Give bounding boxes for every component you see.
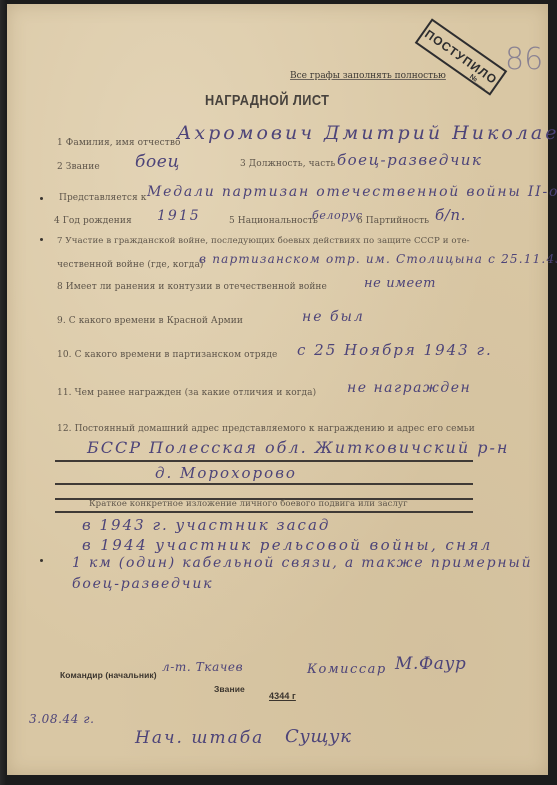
archive-page-number: 86 bbox=[505, 42, 543, 77]
field-1-label: 1 Фамилия, имя отчество bbox=[57, 138, 181, 148]
commissar-text: Комиссар bbox=[307, 662, 387, 677]
field-11-value: не награжден bbox=[347, 380, 471, 396]
margin-dot bbox=[40, 197, 43, 200]
chief-of-staff-text: Нач. штаба bbox=[135, 728, 264, 748]
field-3-value: боец-разведчик bbox=[337, 151, 482, 169]
field-7-value: в партизанском отр. им. Столицына с 25.1… bbox=[199, 252, 557, 266]
address-line-1 bbox=[55, 460, 473, 462]
field-10-value: с 25 Ноября 1943 г. bbox=[297, 341, 493, 359]
field-1-value: Ахромович Дмитрий Николаевич bbox=[177, 122, 557, 144]
field-4-label: 4 Год рождения bbox=[54, 216, 132, 226]
chief-of-staff-signature: Сущук bbox=[285, 726, 351, 747]
field-10-label: 10. С какого времени в партизанском отря… bbox=[57, 350, 277, 360]
field-4-value: 1915 bbox=[157, 208, 201, 224]
summary-line-1: в 1943 г. участник засад bbox=[82, 516, 330, 534]
field-5-label: 5 Национальность bbox=[229, 216, 318, 226]
commander-name: л-т. Ткачев bbox=[162, 660, 243, 674]
field-6-value: б/п. bbox=[435, 206, 466, 224]
presented-label: Представляется к bbox=[59, 193, 146, 203]
summary-line-2: в 1944 участник рельсовой войны, снял bbox=[82, 536, 493, 554]
margin-dot bbox=[40, 238, 43, 241]
stamp-code: 4344 г bbox=[269, 691, 296, 701]
field-9-label: 9. С какого времени в Красной Армии bbox=[57, 316, 243, 326]
field-11-label: 11. Чем ранее награжден (за какие отличи… bbox=[57, 388, 316, 398]
field-8-label: 8 Имеет ли ранения и контузии в отечеств… bbox=[57, 282, 327, 292]
commissar-signature: М.Фаур bbox=[395, 654, 466, 674]
field-12-label: 12. Постоянный домашний адрес представля… bbox=[57, 424, 475, 434]
commander-label: Командир (начальник) bbox=[60, 670, 157, 680]
field-8-value: не имеет bbox=[364, 276, 436, 291]
field-2-value: боец bbox=[135, 152, 180, 172]
award-sheet: ПОСТУПИЛО №___ 86 Все графы заполнять по… bbox=[7, 4, 548, 775]
fill-instruction: Все графы заполнять полностью bbox=[290, 71, 446, 81]
scan-frame: ПОСТУПИЛО №___ 86 Все графы заполнять по… bbox=[0, 0, 557, 785]
received-stamp: ПОСТУПИЛО №___ bbox=[415, 18, 508, 95]
field-7-label-line1: 7 Участие в гражданской войне, последующ… bbox=[57, 236, 470, 246]
field-12-value-line1: БССР Полесская обл. Житковичский р-н bbox=[87, 438, 509, 457]
field-5-value: белорус bbox=[312, 209, 363, 222]
field-3-label: 3 Должность, часть bbox=[240, 159, 335, 169]
summary-rule bbox=[55, 511, 473, 513]
summary-heading: Краткое конкретное изложение личного бое… bbox=[89, 499, 408, 509]
field-2-label: 2 Звание bbox=[57, 162, 100, 172]
field-12-value-line2: д. Морохорово bbox=[155, 464, 297, 482]
field-9-value: не был bbox=[302, 309, 365, 325]
margin-dot bbox=[40, 559, 43, 562]
presented-value: Медали партизан отечественной войны II-о… bbox=[147, 184, 557, 200]
field-7-label-line2: чественной войне (где, когда) bbox=[57, 260, 204, 270]
field-6-label: 6 Партийность bbox=[357, 216, 429, 226]
rank-label: Звание bbox=[214, 684, 245, 694]
document-title: НАГРАДНОЙ ЛИСТ bbox=[205, 92, 329, 109]
summary-line-4: боец-разведчик bbox=[72, 576, 213, 592]
signature-date: 3.08.44 г. bbox=[29, 712, 95, 726]
summary-line-3: 1 км (один) кабельной связи, а также при… bbox=[72, 555, 532, 571]
address-line-2 bbox=[55, 483, 473, 485]
